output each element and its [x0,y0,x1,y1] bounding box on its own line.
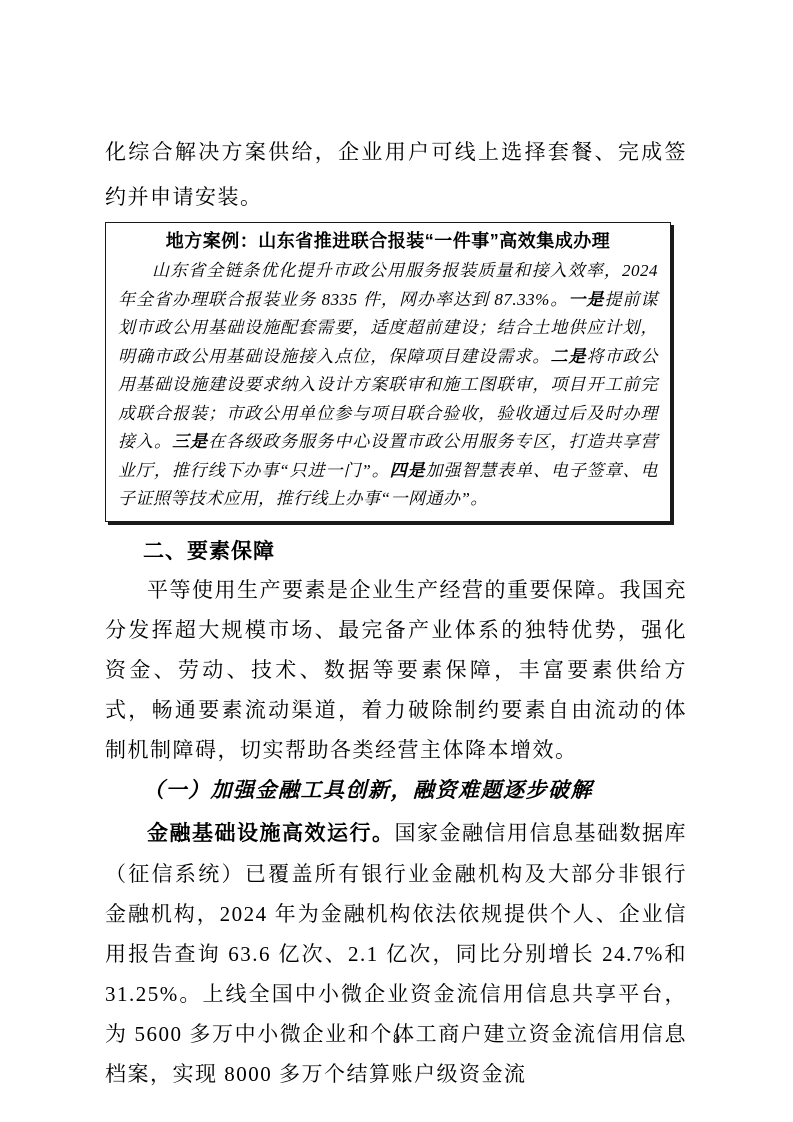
page-number: 8 [0,1032,793,1048]
document-page: { "page": { "number": "8", "background_c… [0,0,793,1122]
case-run-emphasis: 四是 [390,461,426,480]
case-study-title: 地方案例：山东省推进联合报装“一件事”高效集成办理 [118,226,658,257]
section-heading: 二、要素保障 [105,536,687,567]
page-content: 化综合解决方案供给，企业用户可线上选择套餐、完成签约并申请安装。 地方案例：山东… [0,0,793,1094]
case-study-box: 地方案例：山东省推进联合报装“一件事”高效集成办理 山东省全链条优化提升市政公用… [105,222,671,522]
subsection-heading: （一）加强金融工具创新，融资难题逐步破解 [105,770,687,810]
section-intro-paragraph: 平等使用生产要素是企业生产经营的重要保障。我国充分发挥超大规模市场、最完备产业体… [105,570,687,770]
case-run-emphasis: 一是 [568,290,604,309]
opening-paragraph: 化综合解决方案供给，企业用户可线上选择套餐、完成签约并申请安装。 [105,130,687,220]
financial-infrastructure-paragraph: 金融基础设施高效运行。国家金融信用信息基础数据库（征信系统）已覆盖所有银行业金融… [105,813,687,1094]
case-run-emphasis: 三是 [172,432,208,451]
case-run-emphasis: 二是 [550,347,586,366]
case-study-body: 山东省全链条优化提升市政公用服务报装质量和接入效率，2024 年全省办理联合报装… [118,257,658,514]
paragraph-lead-bold: 金融基础设施高效运行。 [147,822,395,845]
